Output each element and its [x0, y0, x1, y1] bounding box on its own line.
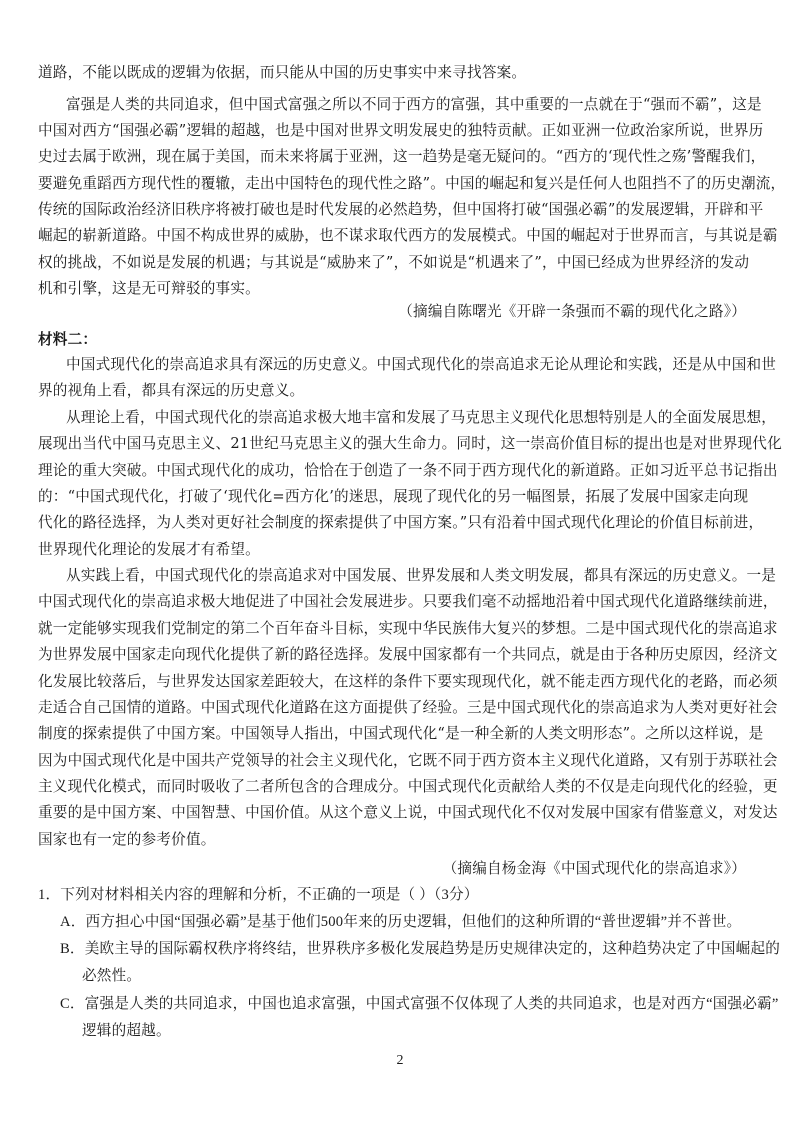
- paragraph-line: 重要的是中国方案、中国智慧、中国价值。从这个意义上说，中国式现代化不仅对发展中国…: [38, 803, 746, 823]
- paragraph-line: 制度的探索提供了中国方案。中国领导人指出，中国式现代化“是一种全新的人类文明形态…: [38, 724, 746, 744]
- paragraph-line: 中国式现代化的崇高追求极大地促进了中国社会发展进步。只要我们毫不动摇地沿着中国式…: [38, 592, 746, 612]
- paragraph-line: 国家也有一定的参考价值。: [38, 830, 746, 850]
- paragraph-line: 富强是人类的共同追求，但中国式富强之所以不同于西方的富强，其中重要的一点就在于“…: [66, 95, 746, 115]
- paragraph-line: 走适合自己国情的道路。中国式现代化道路在这方面提供了经验。三是中国式现代化的崇高…: [38, 698, 746, 718]
- paragraph-line: 代化的路径选择，为人类对更好社会制度的探索提供了中国方案。”只有沿着中国式现代化…: [38, 513, 746, 533]
- source-citation: （摘编自陈曙光《开辟一条强而不霸的现代化之路》）: [38, 302, 746, 322]
- paragraph-line: 从实践上看，中国式现代化的崇高追求对中国发展、世界发展和人类文明发展，都具有深远…: [66, 566, 746, 586]
- document-page: 道路，不能以既成的逻辑为依据，而只能从中国的历史事实中来寻找答案。 富强是人类的…: [0, 0, 800, 1132]
- paragraph-line: 化发展比较落后，与世界发达国家差距较大，在这样的条件下要实现现代化，就不能走西方…: [38, 672, 746, 692]
- paragraph-line: 权的挑战，不如说是发展的机遇；与其说是“威胁来了”，不如说是“机遇来了”，中国已…: [38, 253, 746, 273]
- question-option-b-continued: 必然性。: [82, 966, 746, 986]
- paragraph-line: 世界现代化理论的发展才有希望。: [38, 540, 746, 560]
- paragraph-line: 崛起的崭新道路。中国不构成世界的威胁，也不谋求取代西方的发展模式。中国的崛起对于…: [38, 226, 746, 246]
- paragraph-line: 就一定能够实现我们党制定的第二个百年奋斗目标，实现中华民族伟大复兴的梦想。二是中…: [38, 619, 746, 639]
- paragraph-line: 传统的国际政治经济旧秩序将被打破也是时代发展的必然趋势，但中国将打破“国强必霸”…: [38, 200, 746, 220]
- question-option-b: B．美欧主导的国际霸权秩序将终结，世界秩序多极化发展趋势是历史规律决定的，这种趋…: [60, 939, 746, 959]
- question-option-c: C．富强是人类的共同追求，中国也追求富强，中国式富强不仅体现了人类的共同追求，也…: [60, 994, 746, 1014]
- paragraph-line: 展现出当代中国马克思主义、21世纪马克思主义的强大生命力。同时，这一崇高价值目标…: [38, 434, 746, 454]
- paragraph-line: 中国对西方“国强必霸”逻辑的超越，也是中国对世界文明发展史的独特贡献。正如亚洲一…: [38, 121, 746, 141]
- page-number: 2: [0, 1053, 800, 1069]
- question-stem: 1．下列对材料相关内容的理解和分析，不正确的一项是（ ）（3分）: [38, 885, 746, 905]
- paragraph-line: 道路，不能以既成的逻辑为依据，而只能从中国的历史事实中来寻找答案。: [38, 63, 746, 83]
- paragraph-line: 史过去属于欧洲，现在属于美国，而未来将属于亚洲，这一趋势是毫无疑问的。“西方的‘…: [38, 147, 746, 167]
- paragraph-line: 主义现代化模式，而同时吸收了二者所包含的合理成分。中国式现代化贡献给人类的不仅是…: [38, 777, 746, 797]
- paragraph-line: 为世界发展中国家走向现代化提供了新的路径选择。发展中国家都有一个共同点，就是由于…: [38, 645, 746, 665]
- paragraph-line: 因为中国式现代化是中国共产党领导的社会主义现代化，它既不同于西方资本主义现代化道…: [38, 751, 746, 771]
- paragraph-line: 的：“中国式现代化，打破了‘现代化=西方化’的迷思，展现了现代化的另一幅图景，拓…: [38, 487, 746, 507]
- question-option-a: A．西方担心中国“国强必霸”是基于他们500年来的历史逻辑，但他们的这种所谓的“…: [60, 912, 746, 932]
- paragraph-line: 机和引擎，这是无可辩驳的事实。: [38, 279, 746, 299]
- paragraph-line: 要避免重蹈西方现代性的覆辙，走出中国特色的现代性之路”。中国的崛起和复兴是任何人…: [38, 174, 746, 194]
- section-heading: 材料二：: [38, 330, 746, 350]
- paragraph-line: 从理论上看，中国式现代化的崇高追求极大地丰富和发展了马克思主义现代化思想特别是人…: [66, 408, 746, 428]
- paragraph-line: 界的视角上看，都具有深远的历史意义。: [38, 381, 746, 401]
- source-citation: （摘编自杨金海《中国式现代化的崇高追求》）: [38, 859, 746, 879]
- paragraph-line: 中国式现代化的崇高追求具有深远的历史意义。中国式现代化的崇高追求无论从理论和实践…: [66, 355, 746, 375]
- question-option-c-continued: 逻辑的超越。: [82, 1021, 746, 1041]
- paragraph-line: 理论的重大突破。中国式现代化的成功，恰恰在于创造了一条不同于西方现代化的新道路。…: [38, 461, 746, 481]
